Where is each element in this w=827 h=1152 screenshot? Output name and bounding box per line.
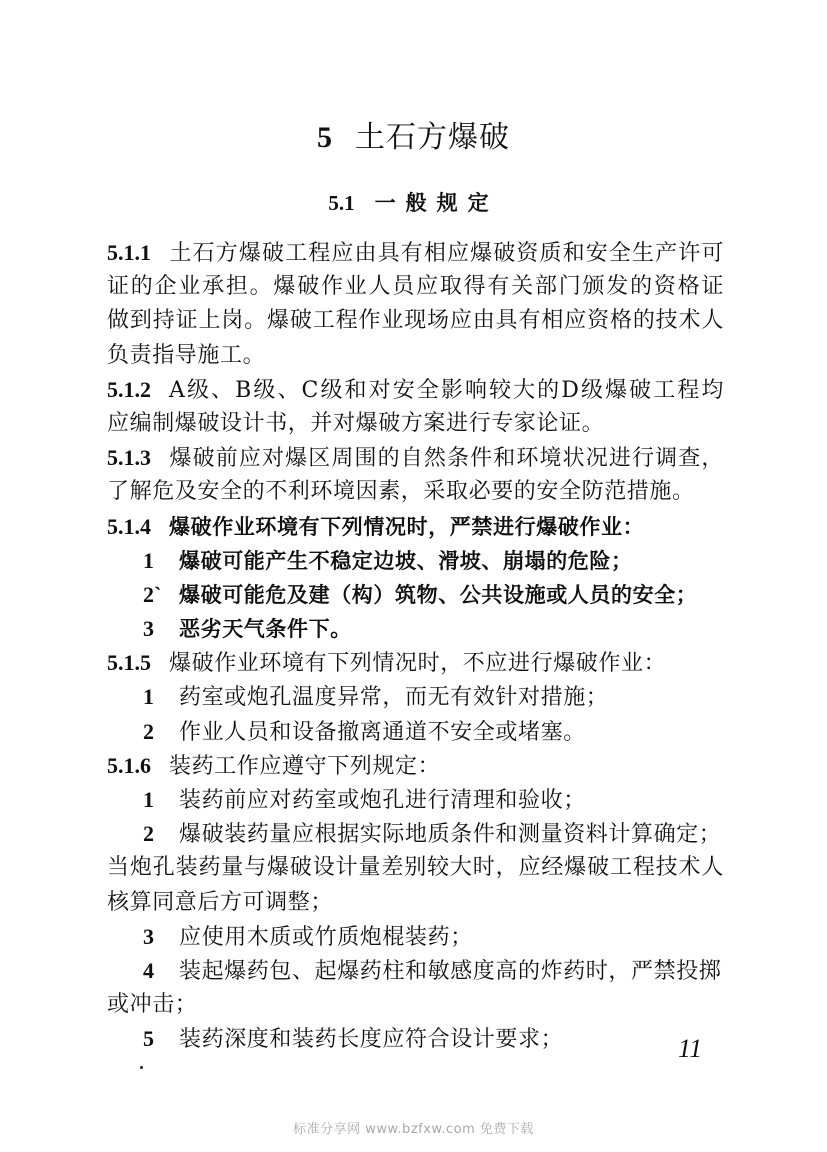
list-item: 5装药深度和装药长度应符合设计要求；: [107, 1022, 724, 1056]
clause-text: A级、B级、C级和对安全影响较大的D级爆破工程均: [169, 378, 724, 403]
item-text: 恶劣天气条件下。: [179, 617, 352, 641]
clause-5-1-2-line: 应编制爆破设计书，并对爆破方案进行专家论证。: [107, 407, 724, 441]
clause-5-1-5-line: 5.1.5爆破作业环境有下列情况时，不应进行爆破作业：: [107, 646, 724, 680]
clause-number: 5.1.6: [107, 753, 151, 778]
list-item: 3应使用木质或竹质炮棍装药；: [107, 920, 724, 954]
clause-5-1-4-line: 5.1.4爆破作业环境有下列情况时，严禁进行爆破作业：: [107, 510, 724, 544]
item-number: 2: [143, 715, 165, 749]
item-number: 2`: [143, 578, 165, 612]
clause-number: 5.1.3: [107, 445, 151, 470]
clause-5-1-1-line: 5.1.1土石方爆破工程应由具有相应爆破资质和安全生产许可: [107, 236, 724, 270]
list-item-continuation: 或冲击；: [107, 988, 724, 1022]
item-text: 作业人员和设备撤离通道不安全或堵塞。: [179, 720, 586, 745]
item-number: 3: [143, 920, 165, 954]
section-title: 5.1一般规定: [0, 188, 827, 218]
item-number: 3: [143, 612, 165, 646]
section-number: 5.1: [328, 191, 354, 215]
clause-text: 装药工作应遵守下列规定：: [169, 754, 440, 779]
clause-text: 爆破作业环境有下列情况时，不应进行爆破作业：: [169, 651, 666, 676]
list-item-continuation: 当炮孔装药量与爆破设计量差别较大时，应经爆破工程技术人员: [107, 851, 724, 885]
item-number: 1: [143, 544, 165, 578]
chapter-title: 5土石方爆破: [0, 118, 827, 158]
list-item: 3恶劣天气条件下。: [107, 612, 724, 646]
clause-5-1-6-line: 5.1.6装药工作应遵守下列规定：: [107, 749, 724, 783]
page-number: 11: [678, 1034, 702, 1064]
clause-5-1-1-line: 做到持证上岗。爆破工程作业现场应由具有相应资格的技术人员: [107, 304, 724, 338]
clause-5-1-1-line: 证的企业承担。爆破作业人员应取得有关部门颁发的资格证书，: [107, 270, 724, 304]
list-item-continuation: 核算同意后方可调整；: [107, 886, 724, 920]
item-text: 装药前应对药室或炮孔进行清理和验收；: [179, 788, 586, 813]
item-text: 应使用木质或竹质炮棍装药；: [179, 925, 473, 950]
clause-number: 5.1.2: [107, 377, 151, 402]
list-item: 1药室或炮孔温度异常，而无有效针对措施；: [107, 680, 724, 714]
clause-text: 爆破前应对爆区周围的自然条件和环境状况进行调查，: [169, 446, 724, 471]
item-text: 药室或炮孔温度异常，而无有效针对措施；: [179, 685, 608, 710]
clause-number: 5.1.5: [107, 650, 151, 675]
clause-5-1-3-line: 了解危及安全的不利环境因素，采取必要的安全防范措施。: [107, 475, 724, 509]
section-title-text: 一般规定: [375, 190, 499, 215]
list-item: 4装起爆药包、起爆药柱和敏感度高的炸药时，严禁投掷: [107, 954, 724, 988]
chapter-title-text: 土石方爆破: [355, 120, 510, 155]
list-item: 1爆破可能产生不稳定边坡、滑坡、崩塌的危险；: [107, 544, 724, 578]
list-item: 1装药前应对药室或炮孔进行清理和验收；: [107, 783, 724, 817]
list-item: 2爆破装药量应根据实际地质条件和测量资料计算确定；: [107, 817, 724, 851]
item-text: 装药深度和装药长度应符合设计要求；: [179, 1027, 563, 1052]
clause-5-1-3-line: 5.1.3爆破前应对爆区周围的自然条件和环境状况进行调查，: [107, 441, 724, 475]
item-number: 1: [143, 783, 165, 817]
clause-5-1-2-line: 5.1.2A级、B级、C级和对安全影响较大的D级爆破工程均: [107, 373, 724, 407]
footer-watermark: 标准分享网 www.bzfxw.com 免费下载: [0, 1118, 827, 1137]
item-number: 1: [143, 680, 165, 714]
item-number: 2: [143, 817, 165, 851]
chapter-number: 5: [317, 121, 333, 154]
document-page: 5土石方爆破 5.1一般规定 5.1.1土石方爆破工程应由具有相应爆破资质和安全…: [0, 0, 827, 1152]
item-text: 爆破可能危及建（构）筑物、公共设施或人员的安全；: [179, 583, 697, 607]
list-item: 2`爆破可能危及建（构）筑物、公共设施或人员的安全；: [107, 578, 724, 612]
item-text: 爆破可能产生不稳定边坡、滑坡、崩塌的危险；: [179, 549, 633, 573]
list-item: 2作业人员和设备撤离通道不安全或堵塞。: [107, 715, 724, 749]
clause-text: 爆破作业环境有下列情况时，严禁进行爆破作业：: [169, 515, 644, 539]
scan-speck: [140, 1066, 143, 1069]
item-text: 爆破装药量应根据实际地质条件和测量资料计算确定；: [179, 822, 721, 847]
item-number: 5: [143, 1022, 165, 1056]
item-text: 装起爆药包、起爆药柱和敏感度高的炸药时，严禁投掷: [179, 959, 721, 984]
clause-number: 5.1.4: [107, 514, 151, 539]
clause-number: 5.1.1: [107, 240, 151, 265]
clause-5-1-1-line: 负责指导施工。: [107, 339, 724, 373]
clause-text: 土石方爆破工程应由具有相应爆破资质和安全生产许可: [169, 241, 724, 266]
item-number: 4: [143, 954, 165, 988]
document-body: 5.1.1土石方爆破工程应由具有相应爆破资质和安全生产许可 证的企业承担。爆破作…: [107, 236, 724, 1057]
